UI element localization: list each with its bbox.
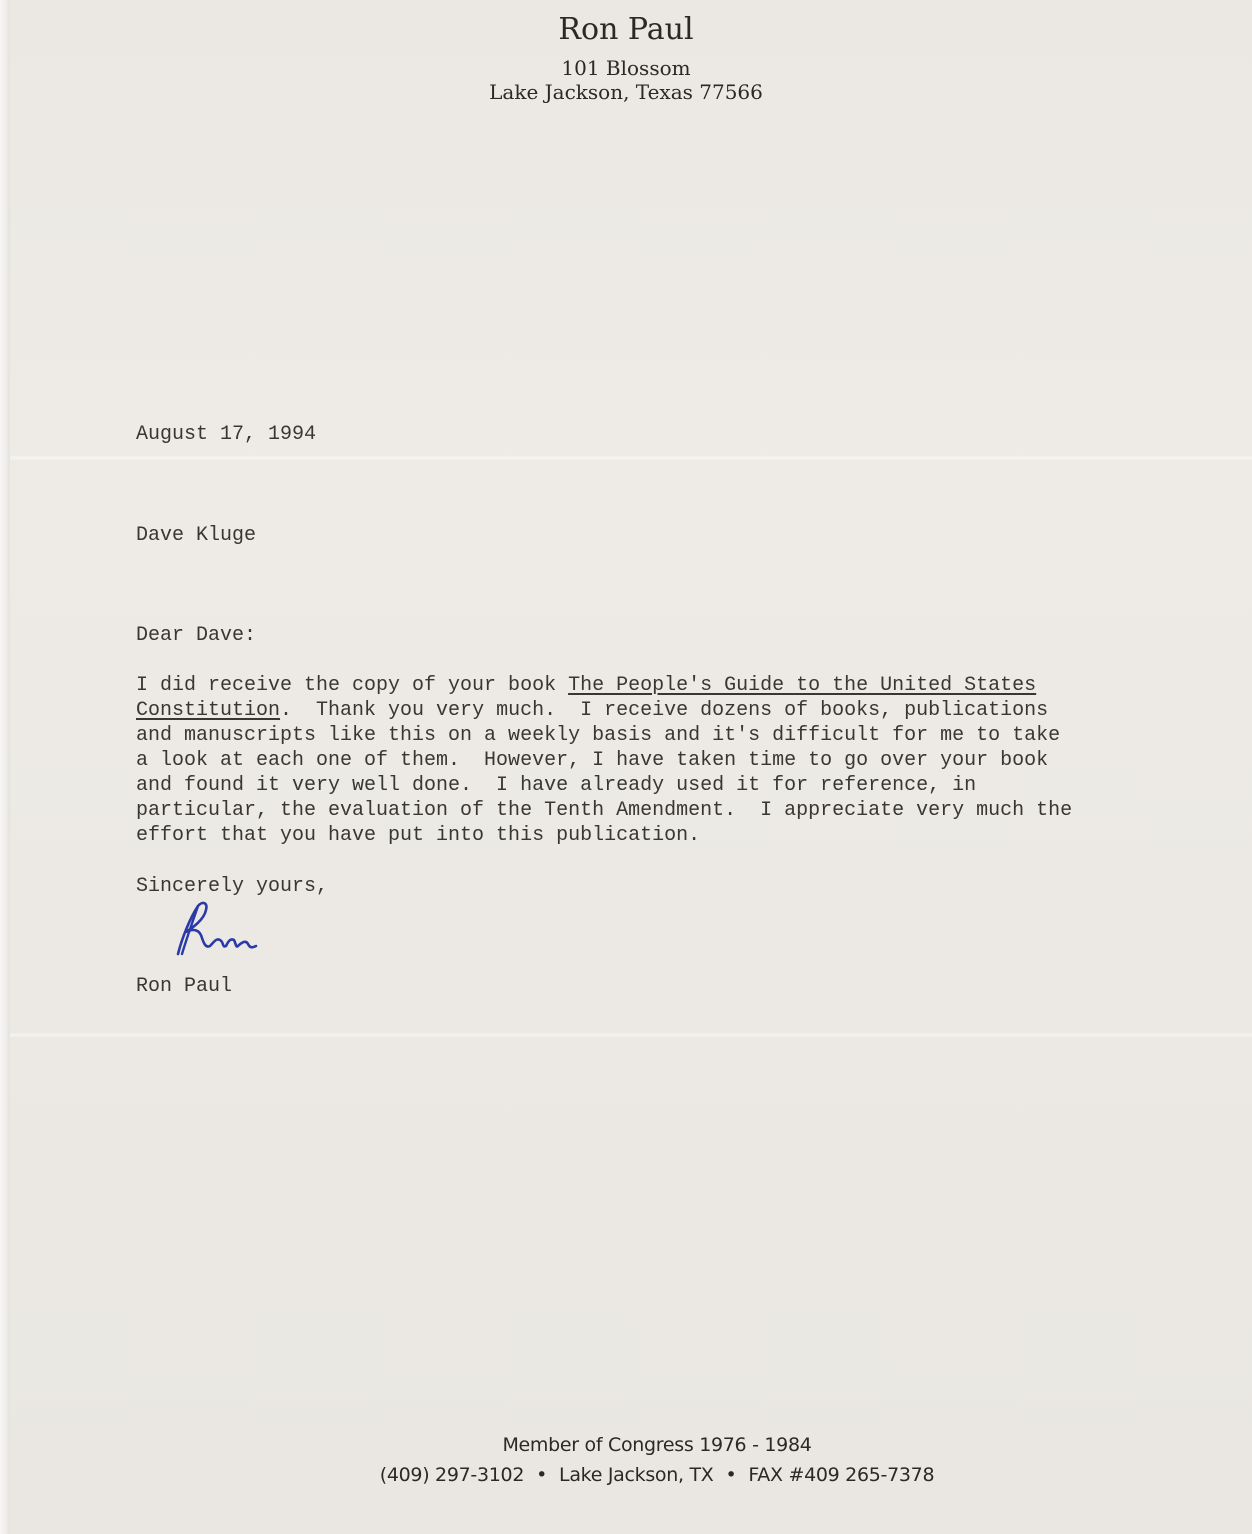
bullet-separator: •	[536, 1464, 547, 1486]
recipient-name: Dave Kluge	[136, 523, 256, 548]
footer-contact-line: (409) 297-3102•Lake Jackson, TX•FAX #409…	[0, 1464, 1252, 1486]
handwritten-signature	[172, 898, 262, 962]
body-line-4: a look at each one of them. However, I h…	[136, 748, 1072, 773]
fold-line	[10, 455, 1252, 461]
body-text: . Thank you very much. I receive dozens …	[280, 699, 1048, 722]
body-line-6: particular, the evaluation of the Tenth …	[136, 798, 1072, 823]
body-line-3: and manuscripts like this on a weekly ba…	[136, 723, 1072, 748]
closing: Sincerely yours,	[136, 874, 328, 899]
fold-line	[10, 1032, 1252, 1038]
letterhead-name: Ron Paul	[0, 12, 1252, 47]
typed-signature: Ron Paul	[136, 974, 232, 999]
footer-congress-line: Member of Congress 1976 - 1984	[0, 1434, 1252, 1456]
book-title-continued: Constitution	[136, 699, 280, 722]
letterhead-city: Lake Jackson, Texas 77566	[0, 80, 1252, 104]
letterhead-street: 101 Blossom	[0, 56, 1252, 80]
footer-fax: FAX #409 265-7378	[748, 1464, 934, 1486]
letter-body: I did receive the copy of your book The …	[136, 673, 1072, 848]
salutation: Dear Dave:	[136, 623, 256, 648]
book-title: The People's Guide to the United States	[568, 674, 1036, 697]
bullet-separator: •	[726, 1464, 737, 1486]
letter-date: August 17, 1994	[136, 422, 316, 447]
body-line-5: and found it very well done. I have alre…	[136, 773, 1072, 798]
footer-phone: (409) 297-3102	[380, 1464, 524, 1486]
body-line-1: I did receive the copy of your book The …	[136, 673, 1072, 698]
paper-edge	[0, 0, 10, 1534]
body-text: I did receive the copy of your book	[136, 674, 568, 697]
footer-location: Lake Jackson, TX	[559, 1464, 713, 1486]
body-line-7: effort that you have put into this publi…	[136, 823, 1072, 848]
body-line-2: Constitution. Thank you very much. I rec…	[136, 698, 1072, 723]
